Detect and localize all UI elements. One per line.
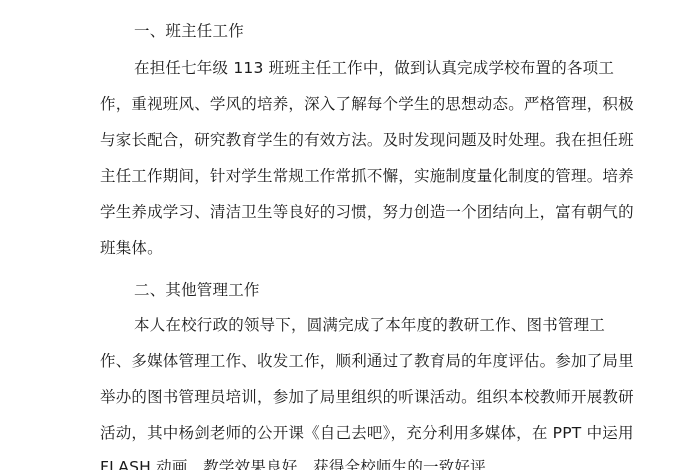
paragraph-line: 在担任七年级 113 班班主任工作中，做到认真完成学校布置的各项工 xyxy=(134,58,634,78)
paragraph-line: 举办的图书管理员培训，参加了局里组织的听课活动。组织本校教师开展教研 xyxy=(100,387,600,407)
paragraph-line: 班集体。 xyxy=(100,238,600,258)
paragraph-line-clipped: FLASH 动画，教学效果良好，获得全校师生的一致好评 xyxy=(100,457,600,470)
paragraph-line: 与家长配合，研究教育学生的有效方法。及时发现问题及时处理。我在担任班 xyxy=(100,130,600,150)
paragraph-line: 作、多媒体管理工作、收发工作，顺利通过了教育局的年度评估。参加了局里 xyxy=(100,351,600,371)
clipped-top-line: ​ xyxy=(100,0,600,10)
paragraph-line: 学生养成学习、清洁卫生等良好的习惯，努力创造一个团结向上，富有朝气的 xyxy=(100,202,600,222)
paragraph-line: 活动，其中杨剑老师的公开课《自己去吧》，充分利用多媒体，在 PPT 中运用 xyxy=(100,423,600,443)
section-2-heading: 二、其他管理工作 xyxy=(134,280,634,300)
paragraph-line: 作，重视班风、学风的培养，深入了解每个学生的思想动态。严格管理，积极 xyxy=(100,94,600,114)
paragraph-line: 本人在校行政的领导下，圆满完成了本年度的教研工作、图书管理工 xyxy=(134,315,634,335)
document-page: ​ 一、班主任工作 在担任七年级 113 班班主任工作中，做到认真完成学校布置的… xyxy=(0,0,700,470)
paragraph-line: 主任工作期间，针对学生常规工作常抓不懈，实施制度量化制度的管理。培养 xyxy=(100,166,600,186)
section-1-heading: 一、班主任工作 xyxy=(134,21,634,41)
